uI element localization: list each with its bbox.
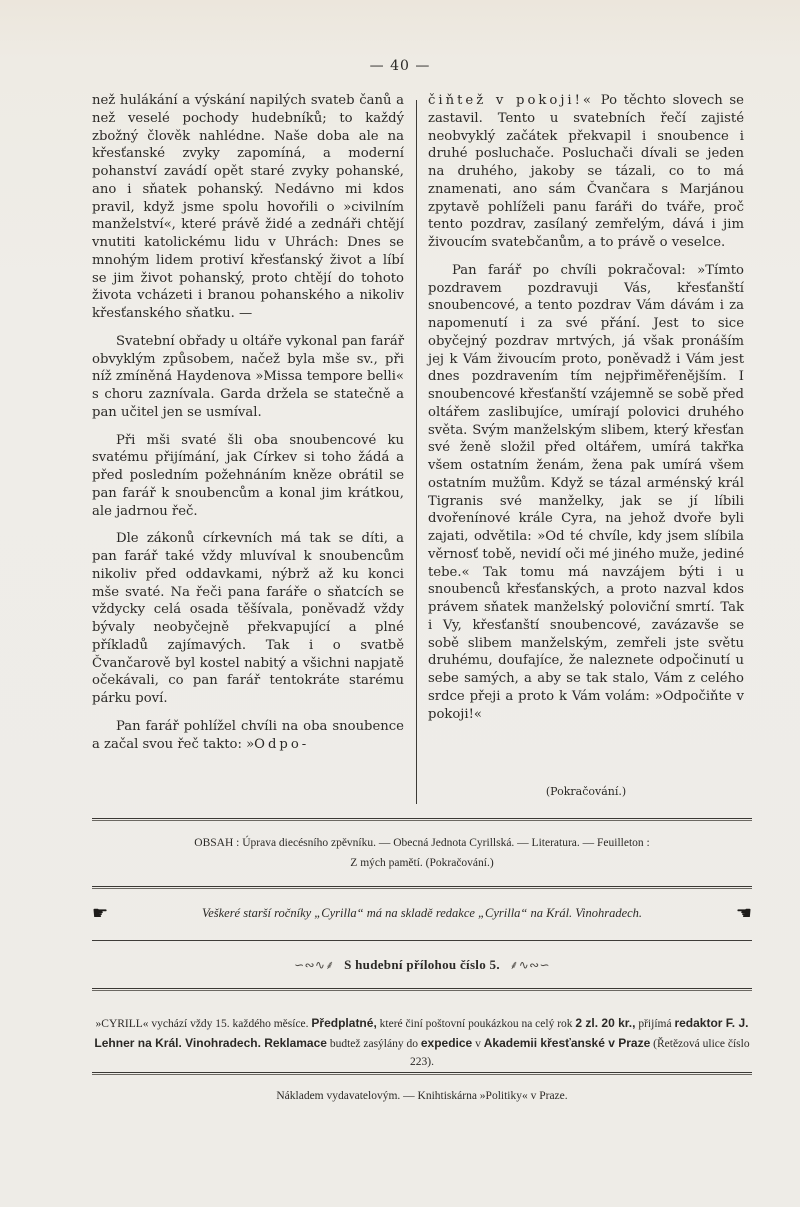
flourish-left-icon: ∽∾∿⸙: [294, 958, 334, 972]
pointing-hand-right-icon: ☛: [92, 904, 108, 922]
pointing-hand-left-icon: ☚: [736, 904, 752, 922]
imprint-bold: Předplatné,: [311, 1016, 376, 1030]
contents-line: OBSAH : Úprava diecésního zpěvníku. — Ob…: [92, 833, 752, 853]
paragraph: Svatební obřady u oltáře vykonal pan far…: [92, 333, 404, 422]
imprint-text: budtež zasýlány do: [327, 1038, 421, 1050]
spaced-text: Odpo-: [254, 737, 309, 752]
rule-publisher-top: [92, 1072, 752, 1075]
table-of-contents: OBSAH : Úprava diecésního zpěvníku. — Ob…: [92, 833, 752, 873]
flourish-right-icon: ⸙∿∾∽: [509, 958, 549, 972]
paragraph-text: Po těchto slovech se zastavil. Tento u s…: [428, 93, 744, 250]
column-divider: [416, 100, 417, 804]
imprint-text: »CYRILL« vychází vždy 15. každého měsíce…: [96, 1018, 312, 1030]
imprint-text: které činí poštovní poukázkou na celý ro…: [377, 1018, 576, 1030]
notice-text: Veškeré starší ročníky „Cyrilla“ má na s…: [202, 906, 642, 921]
paragraph: Pan farář po chvíli pokračoval: »Tímto p…: [428, 262, 744, 724]
imprint: »CYRILL« vychází vždy 15. každého měsíce…: [92, 1014, 752, 1072]
music-supplement-note: ∽∾∿⸙ S hudební přílohou číslo 5. ⸙∿∾∽: [92, 956, 752, 973]
rule-top: [92, 818, 752, 821]
imprint-bold: expedice: [421, 1036, 472, 1050]
imprint-bold: 2 zl. 20 kr.,: [575, 1016, 635, 1030]
supplement-text: S hudební přílohou číslo 5.: [344, 957, 500, 972]
paragraph: čiňtež v pokoji!« Po těchto slovech se z…: [428, 92, 744, 252]
paragraph-text: Pan farář pohlížel chvíli na oba snouben…: [92, 719, 404, 752]
rule-imprint-top: [92, 988, 752, 991]
continued-note: (Pokračování.): [428, 785, 744, 798]
paragraph: Pan farář pohlížel chvíli na oba snouben…: [92, 718, 404, 754]
imprint-text: v: [472, 1038, 484, 1050]
contents-line: Z mých pamětí. (Pokračování.): [92, 853, 752, 873]
left-column: než hulákání a výskání napilých svateb č…: [92, 92, 404, 753]
paragraph: Při mši svaté šli oba snoubencové ku sva…: [92, 432, 404, 521]
paragraph: než hulákání a výskání napilých svateb č…: [92, 92, 404, 323]
imprint-bold: Akademii křesťanské v Praze: [484, 1036, 651, 1050]
paragraph: Dle zákonů církevních má tak se díti, a …: [92, 530, 404, 708]
article-columns: než hulákání a výskání napilých svateb č…: [92, 92, 752, 805]
right-column: čiňtež v pokoji!« Po těchto slovech se z…: [428, 92, 744, 723]
page-number: — 40 —: [0, 58, 800, 74]
spaced-text: čiňtež v pokoji!«: [428, 93, 594, 108]
rule-notice-bottom: [92, 940, 752, 941]
back-issues-notice: ☛ Veškeré starší ročníky „Cyrilla“ má na…: [92, 904, 752, 922]
publisher-line: Nákladem vydavatelovým. — Knihtiskárna »…: [92, 1090, 752, 1102]
imprint-text: přijímá: [635, 1018, 674, 1030]
rule-contents-bottom: [92, 886, 752, 889]
